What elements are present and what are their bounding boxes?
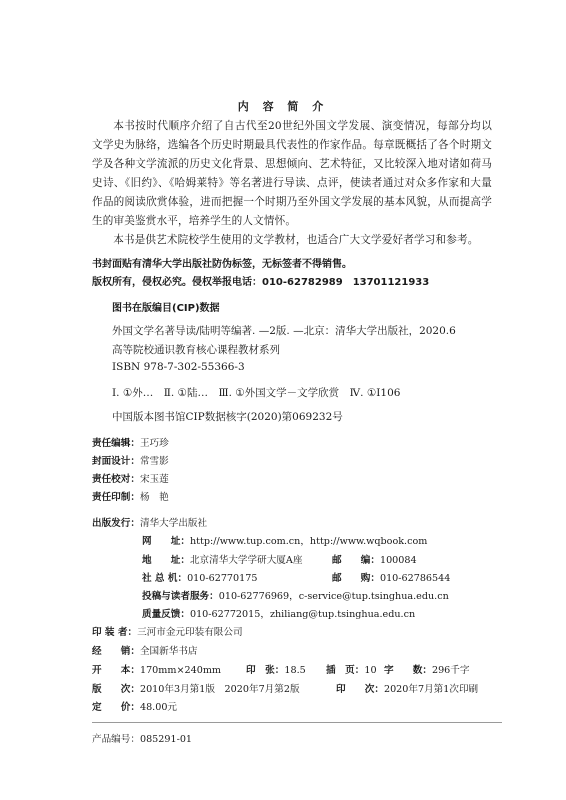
address-label: 地 址： (142, 552, 190, 566)
postcode-value: 100084 (380, 555, 417, 566)
summary-paragraph: 本书是供艺术院校学生使用的文学教材，也适合广大文学爱好者学习和参考。 (92, 231, 492, 250)
staff-proofreader: 责任校对：宋玉莲 (92, 471, 169, 485)
staff-value: 王巧珍 (140, 435, 169, 449)
reader-service-label: 投稿与读者服务： (142, 588, 219, 602)
staff-label: 封面设计： (92, 453, 140, 467)
quality-feedback-row: 质量反馈：010-62772015，zhiliang@tup.tsinghua.… (142, 606, 415, 620)
staff-label: 责任校对： (92, 471, 140, 485)
plates-label: 插 页： (326, 662, 364, 676)
staff-printing: 责任印制：杨 艳 (92, 489, 169, 503)
staff-value: 宋玉莲 (140, 471, 169, 485)
words-row: 字 数：296千字 (384, 662, 469, 676)
switchboard-value: 010-62770175 (187, 573, 257, 584)
website-value: http://www.tup.com.cn，http://www.wqbook.… (190, 533, 427, 547)
price-row: 定 价：48.00元 (92, 699, 177, 713)
summary-body: 本书按时代顺序介绍了自古代至20世纪外国文学发展、演变情况，每部分均以文学史为脉… (92, 117, 492, 250)
mail-order-row: 邮 购：010-62786544 (332, 570, 450, 584)
edition-value: 2010年3月第1版 2020年7月第2版 (140, 681, 300, 695)
product-code: 产品编号：085291-01 (92, 731, 192, 745)
postcode-label: 邮 编： (332, 552, 380, 566)
postcode-row: 邮 编：100084 (332, 552, 417, 566)
mail-order-label: 邮 购： (332, 570, 380, 584)
words-label: 字 数： (384, 662, 432, 676)
printer-row: 印 装 者：三河市金元印装有限公司 (92, 624, 243, 638)
staff-value: 杨 艳 (140, 489, 169, 503)
format-label: 开 本： (92, 662, 140, 676)
plates-row: 插 页：10 (326, 662, 377, 676)
sheets-row: 印 张：18.5 (246, 662, 306, 676)
publisher-value: 清华大学出版社 (140, 515, 207, 529)
anti-counterfeit-notice: 书封面贴有清华大学出版社防伪标签，无标签者不得销售。 (92, 255, 352, 270)
cip-isbn: ISBN 978-7-302-55366-3 (112, 361, 245, 373)
printer-label: 印 装 者： (92, 624, 137, 638)
publisher-row: 出版发行：清华大学出版社 (92, 515, 207, 529)
cip-entry-line2: 高等院校通识教育核心课程教材系列 (112, 342, 280, 357)
website-row: 网 址：http://www.tup.com.cn，http://www.wqb… (142, 533, 427, 547)
address-row: 地 址：北京清华大学学研大厦A座 (142, 552, 302, 566)
switchboard-row: 社 总 机：010-62770175 (142, 570, 257, 584)
distributor-row: 经 销：全国新华书店 (92, 643, 198, 657)
staff-value: 常雪影 (140, 453, 169, 467)
price-label: 定 价： (92, 699, 140, 713)
mail-order-value: 010-62786544 (380, 573, 450, 584)
cip-number: 中国版本图书馆CIP数据核字(2020)第069232号 (112, 409, 343, 424)
printer-value: 三河市金元印装有限公司 (137, 624, 243, 638)
staff-editor: 责任编辑：王巧珍 (92, 435, 169, 449)
copyright-notice: 版权所有，侵权必究。侵权举报电话：010-62782989 1370112193… (92, 273, 429, 288)
summary-paragraph: 本书按时代顺序介绍了自古代至20世纪外国文学发展、演变情况，每部分均以文学史为脉… (92, 117, 492, 231)
publisher-label: 出版发行： (92, 515, 140, 529)
impression-value: 2020年7月第1次印刷 (384, 681, 478, 695)
cip-heading: 图书在版编目(CIP)数据 (112, 299, 220, 314)
words-value: 296千字 (432, 662, 470, 676)
cip-entry-line1: 外国文学名著导读/陆明等编著. —2版. —北京：清华大学出版社，2020.6 (112, 323, 456, 338)
divider-rule (92, 722, 502, 723)
sheets-label: 印 张： (246, 662, 284, 676)
website-label: 网 址： (142, 533, 190, 547)
staff-label: 责任印制： (92, 489, 140, 503)
impression-label: 印 次： (336, 681, 384, 695)
cip-classification: Ⅰ. ①外… Ⅱ. ①陆… Ⅲ. ①外国文学－文学欣赏 Ⅳ. ①I106 (112, 385, 400, 400)
sheets-value: 18.5 (284, 665, 305, 676)
reader-service-row: 投稿与读者服务：010-62776969，c-service@tup.tsing… (142, 588, 449, 602)
staff-cover-design: 封面设计：常雪影 (92, 453, 169, 467)
quality-value: 010-62772015，zhiliang@tup.tsinghua.edu.c… (190, 606, 415, 620)
distributor-label: 经 销： (92, 643, 140, 657)
plates-value: 10 (364, 665, 376, 676)
switchboard-label: 社 总 机： (142, 570, 187, 584)
edition-label: 版 次： (92, 681, 140, 695)
format-value: 170mm×240mm (140, 665, 221, 676)
format-row: 开 本：170mm×240mm (92, 662, 221, 676)
staff-label: 责任编辑： (92, 435, 140, 449)
impression-row: 印 次：2020年7月第1次印刷 (336, 681, 478, 695)
address-value: 北京清华大学学研大厦A座 (190, 552, 302, 566)
price-value: 48.00元 (140, 699, 177, 713)
distributor-value: 全国新华书店 (140, 643, 198, 657)
edition-row: 版 次：2010年3月第1版 2020年7月第2版 (92, 681, 300, 695)
quality-label: 质量反馈： (142, 606, 190, 620)
reader-service-value: 010-62776969，c-service@tup.tsinghua.edu.… (219, 588, 449, 602)
summary-title: 内 容 简 介 (0, 98, 566, 114)
